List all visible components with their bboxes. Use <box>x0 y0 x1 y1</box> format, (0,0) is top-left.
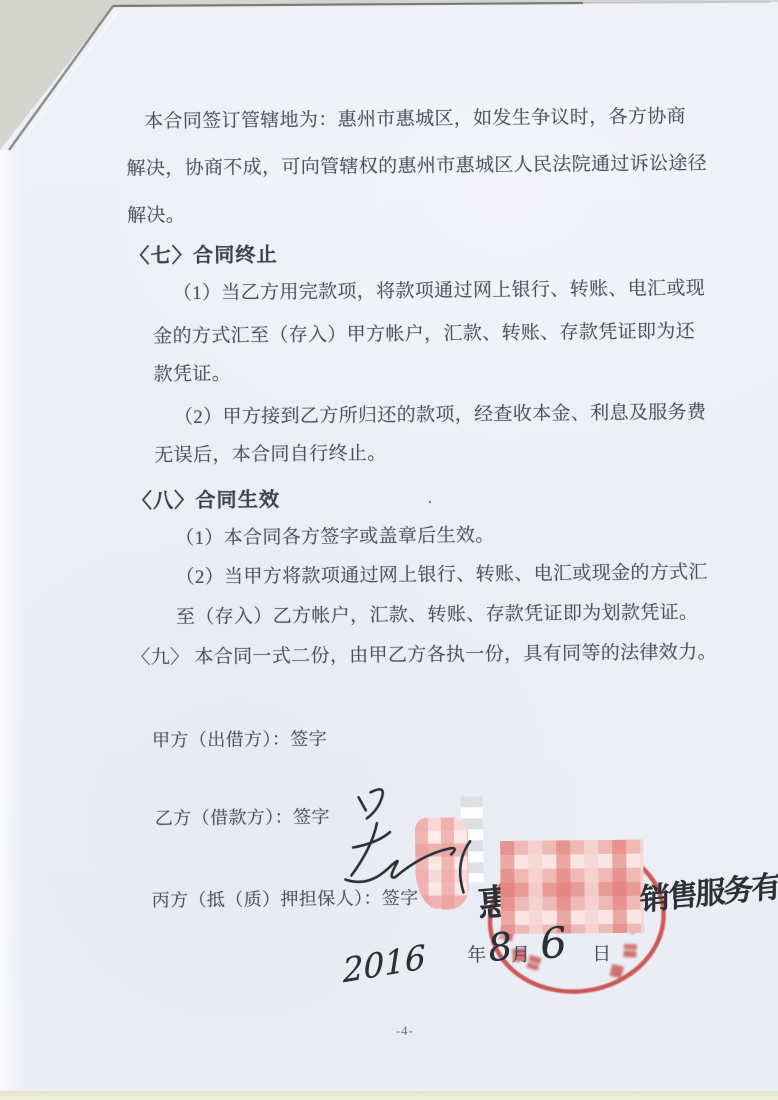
redaction-mosaic-seal-center <box>500 840 644 934</box>
contract-line: （2）当甲方将款项通过网上银行、转账、电汇或现金的方式汇 <box>175 557 708 589</box>
handwritten-signature-ink <box>332 774 513 901</box>
contract-line: 解决。 <box>127 200 185 228</box>
scan-bottom-edge <box>0 1091 778 1100</box>
contract-line: 本合同签订管辖地为：惠州市惠城区，如发生争议时，各方协商 <box>144 101 686 133</box>
section-heading-termination: 〈七〉合同终止 <box>129 238 278 268</box>
contract-line: 金的方式汇至（存入）甲方帐户，汇款、转账、存款凭证即为还 <box>153 316 695 348</box>
party-a-signature-label: 甲方（出借方）：签字 <box>152 725 327 753</box>
contract-line: 〈九〉 本合同一式二份，由甲乙方各执一份，具有同等的法律效力。 <box>131 637 717 670</box>
party-b-signature-label: 乙方（借款方）：签字 <box>155 803 330 831</box>
stray-ink-dot: . <box>428 490 433 508</box>
handwritten-day: 6 <box>538 918 569 969</box>
date-unit-year: 年 <box>467 940 486 967</box>
contract-line: 解决，协商不成，可向管辖权的惠州市惠城区人民法院通过诉讼途径 <box>126 148 707 181</box>
contract-line: 款凭证。 <box>153 359 231 387</box>
page-number: -4- <box>365 1023 445 1040</box>
contract-line: 至（存入）乙方帐户，汇款、转账、存款凭证即为划款凭证。 <box>176 597 699 629</box>
contract-line: （1）当乙方用完款项，将款项通过网上银行、转账、电汇或现 <box>173 273 706 305</box>
section-heading-effectiveness: 〈八〉合同生效 <box>132 483 281 513</box>
contract-line: （2）甲方接到乙方所归还的款项，经查收本金、利息及服务费 <box>174 397 707 429</box>
scanned-contract-page: 本合同签订管辖地为：惠州市惠城区，如发生争议时，各方协商 解决，协商不成，可向管… <box>0 0 778 1100</box>
contract-body: 本合同签订管辖地为：惠州市惠城区，如发生争议时，各方协商 解决，协商不成，可向管… <box>0 0 778 1100</box>
contract-line: （1）本合同各方签字或盖章后生效。 <box>175 520 495 550</box>
date-unit-day: 日 <box>592 939 611 966</box>
contract-line: 无误后，本合同自行终止。 <box>154 438 386 467</box>
date-unit-month: 月 <box>511 940 530 967</box>
handwritten-year: 2016 <box>342 937 426 990</box>
